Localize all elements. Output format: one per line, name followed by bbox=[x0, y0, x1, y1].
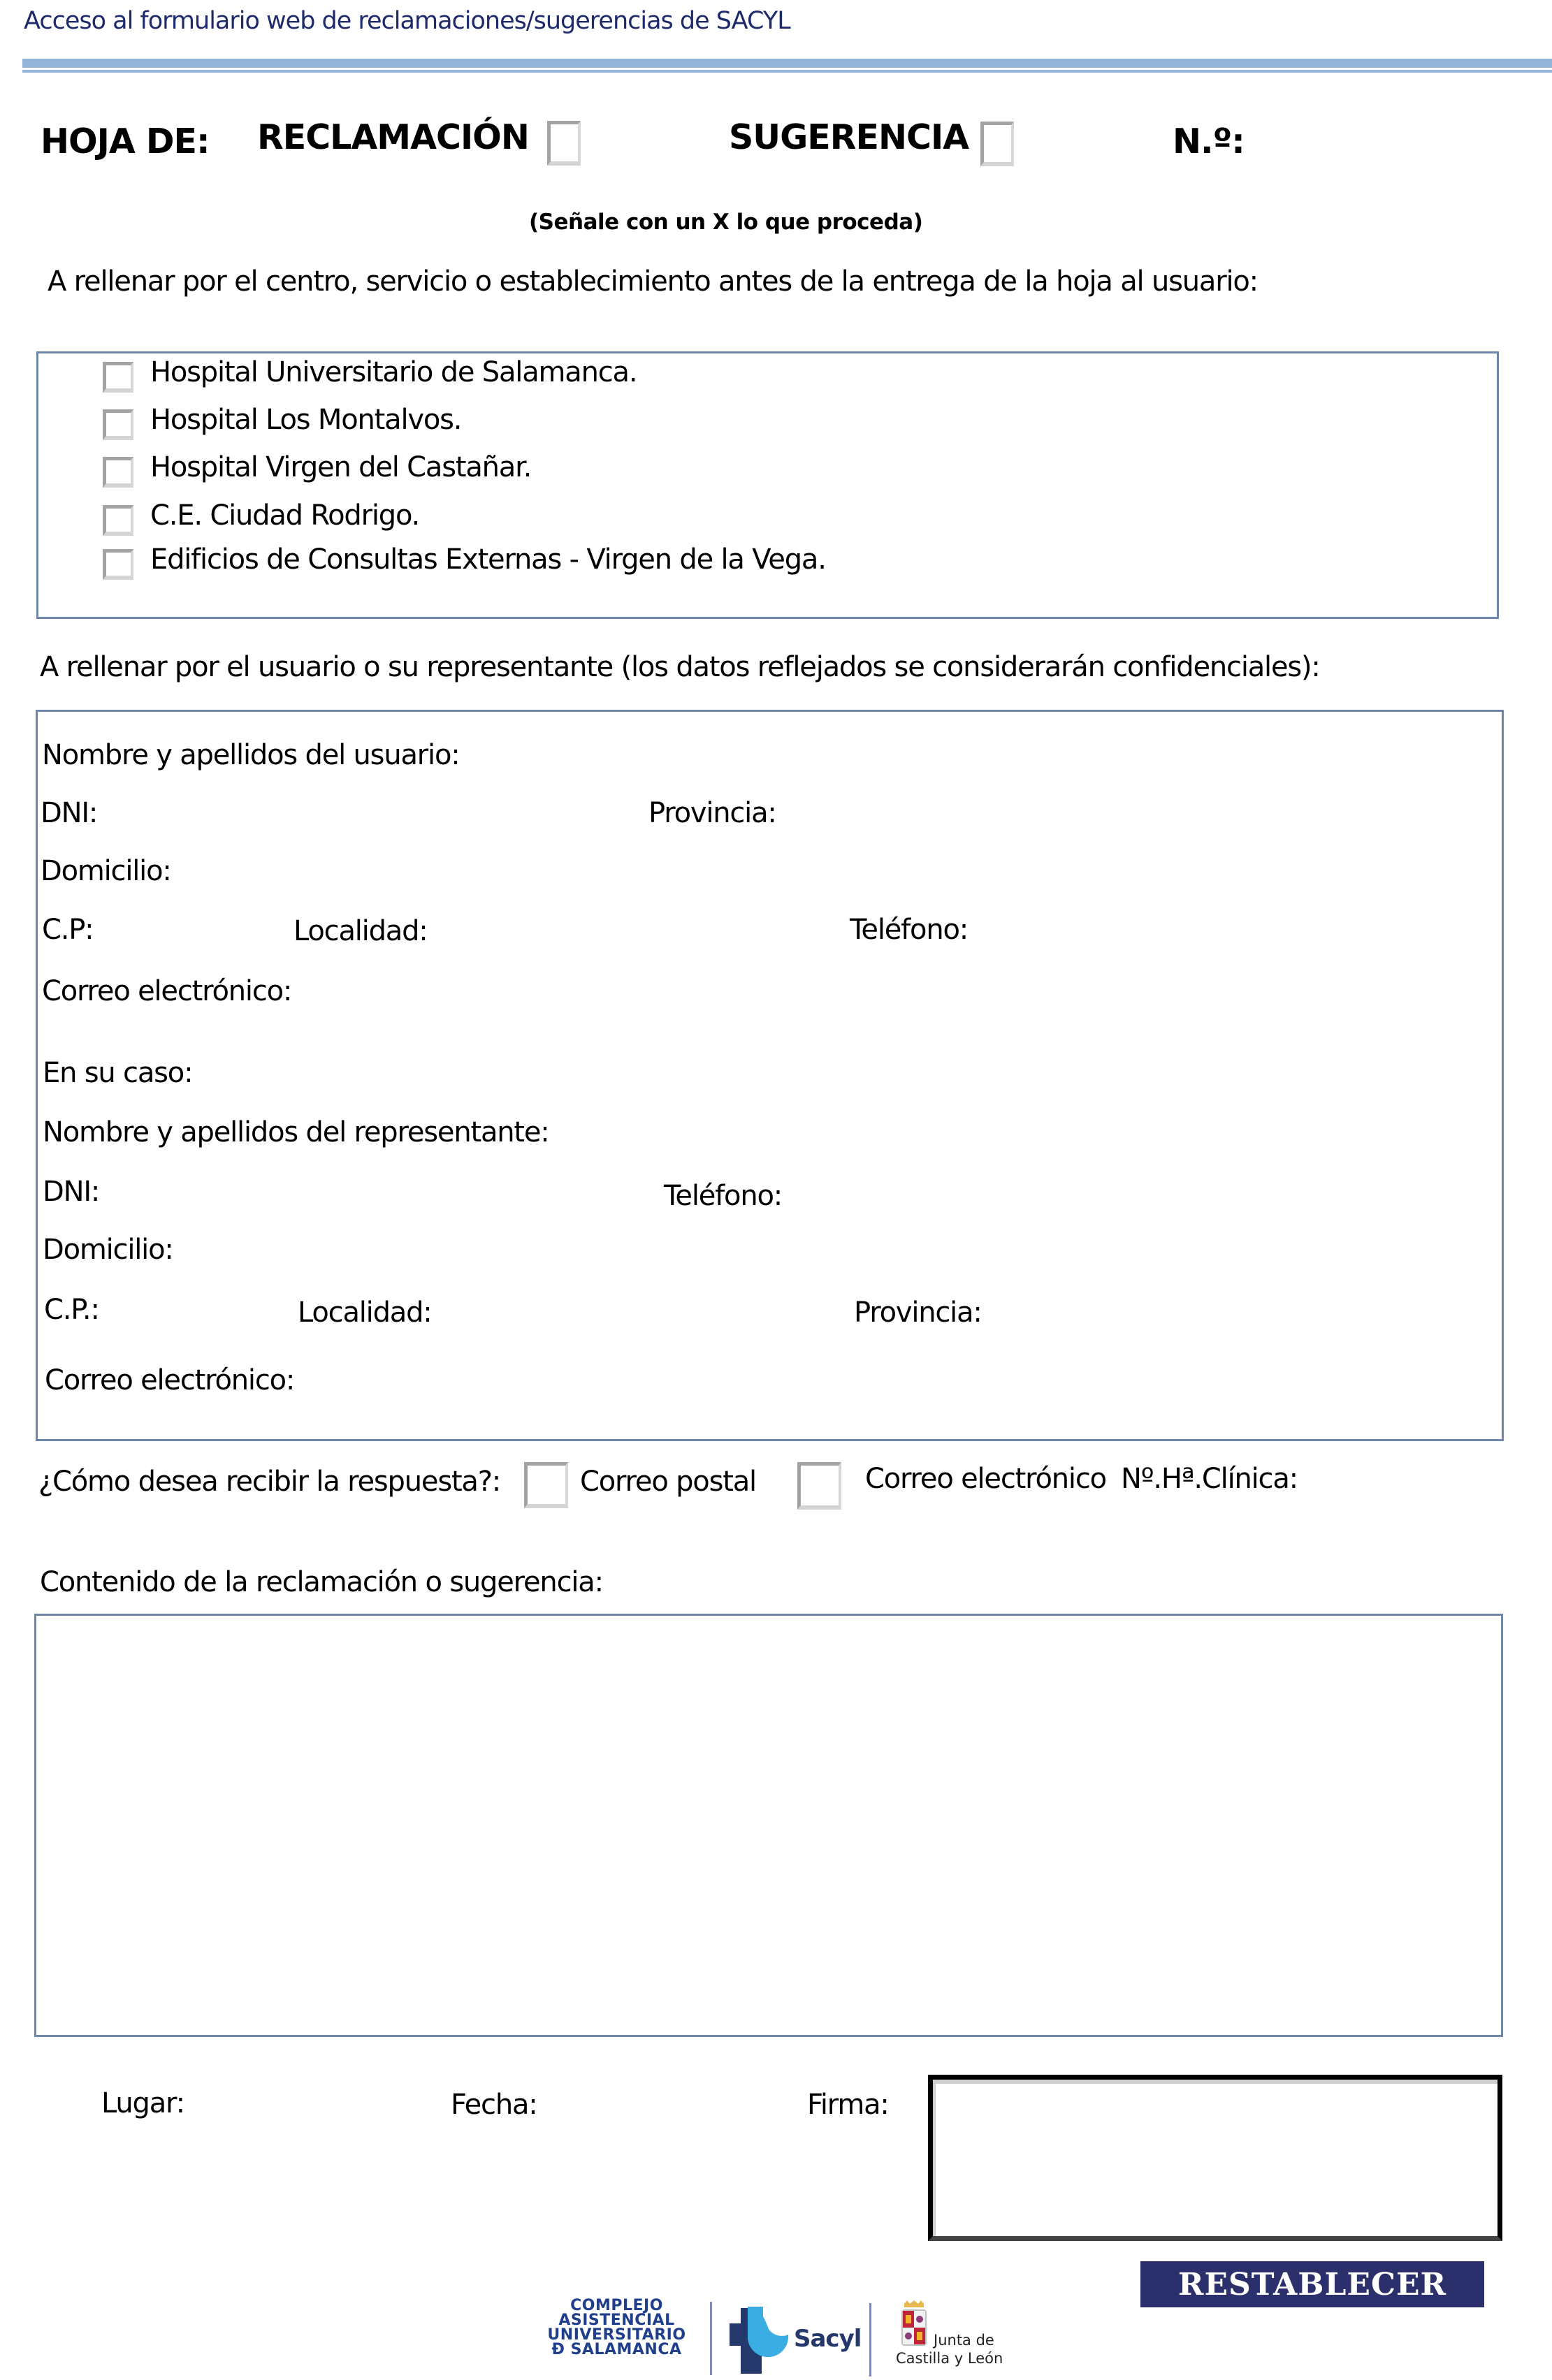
correo-electronico-label[interactable]: Correo electrónico bbox=[865, 1463, 1106, 1495]
rep-domicilio-label: Domicilio: bbox=[43, 1234, 173, 1266]
reclamacion-label: RECLAMACIÓN bbox=[257, 117, 529, 157]
logo-divider bbox=[710, 2302, 712, 2375]
complejo-logo-line: UNIVERSITARIO bbox=[538, 2328, 695, 2342]
user-domicilio-label: Domicilio: bbox=[41, 855, 171, 887]
content-textarea[interactable] bbox=[34, 1614, 1503, 2037]
junta-logo: Junta de Castilla y León bbox=[896, 2300, 1015, 2377]
rep-telefono-label: Teléfono: bbox=[664, 1180, 782, 1212]
sacyl-wordmark: Sacyl bbox=[794, 2325, 861, 2353]
rep-localidad-label: Localidad: bbox=[298, 1297, 432, 1329]
page-title: Acceso al formulario web de reclamacione… bbox=[24, 7, 790, 35]
rep-cp-label: C.P.: bbox=[44, 1294, 99, 1326]
complejo-logo-line: ASISTENCIAL bbox=[538, 2313, 695, 2328]
centre-option-checkbox[interactable] bbox=[103, 362, 133, 393]
complejo-logo-line: Đ SALAMANCA bbox=[538, 2342, 695, 2357]
complejo-asistencial-logo: COMPLEJOASISTENCIALUNIVERSITARIOĐ SALAMA… bbox=[538, 2298, 695, 2357]
historia-clinica-label: Nº.Hª.Clínica: bbox=[1121, 1463, 1298, 1495]
correo-postal-checkbox[interactable] bbox=[524, 1462, 568, 1508]
rep-nombre-label: Nombre y apellidos del representante: bbox=[43, 1116, 549, 1148]
user-cp-label: C.P: bbox=[42, 914, 93, 946]
junta-line1: Junta de bbox=[934, 2332, 994, 2349]
rep-correo-label: Correo electrónico: bbox=[45, 1364, 294, 1396]
complejo-logo-line: COMPLEJO bbox=[538, 2298, 695, 2313]
centre-option-label[interactable]: Hospital Universitario de Salamanca. bbox=[150, 356, 637, 388]
content-label: Contenido de la reclamación o sugerencia… bbox=[40, 1566, 603, 1598]
centre-option-checkbox[interactable] bbox=[103, 409, 133, 440]
centre-options-box: Hospital Universitario de Salamanca.Hosp… bbox=[36, 351, 1499, 619]
centre-option-label[interactable]: Hospital Los Montalvos. bbox=[150, 404, 461, 436]
centre-option-checkbox[interactable] bbox=[103, 505, 133, 536]
user-dni-label: DNI: bbox=[41, 797, 97, 829]
centre-option-checkbox[interactable] bbox=[103, 549, 133, 580]
centre-option-checkbox[interactable] bbox=[103, 457, 133, 488]
user-provincia-label: Provincia: bbox=[648, 797, 776, 829]
sugerencia-checkbox[interactable] bbox=[980, 122, 1014, 166]
junta-line2: Castilla y León bbox=[896, 2350, 1003, 2367]
header-bar bbox=[22, 59, 1552, 68]
firma-label: Firma: bbox=[807, 2089, 889, 2121]
instruction-note: (Señale con un X lo que proceda) bbox=[529, 210, 922, 235]
coat-of-arms-icon bbox=[899, 2300, 929, 2349]
hoja-de-label: HOJA DE: bbox=[41, 122, 210, 161]
correo-postal-label[interactable]: Correo postal bbox=[580, 1466, 756, 1498]
centre-option-label[interactable]: Hospital Virgen del Castañar. bbox=[150, 451, 531, 483]
rep-provincia-label: Provincia: bbox=[854, 1297, 982, 1329]
numero-label: N.º: bbox=[1173, 122, 1245, 161]
user-nombre-label: Nombre y apellidos del usuario: bbox=[42, 739, 460, 771]
centre-intro: A rellenar por el centro, servicio o est… bbox=[48, 265, 1258, 298]
reset-button[interactable]: RESTABLECER bbox=[1140, 2261, 1484, 2307]
sacyl-logo: Sacyl bbox=[727, 2304, 866, 2374]
logo-divider bbox=[869, 2303, 871, 2377]
correo-electronico-checkbox[interactable] bbox=[797, 1462, 841, 1510]
user-correo-label: Correo electrónico: bbox=[42, 975, 291, 1007]
centre-option-label[interactable]: C.E. Ciudad Rodrigo. bbox=[150, 499, 419, 532]
sugerencia-label: SUGERENCIA bbox=[729, 117, 969, 157]
centre-option-label[interactable]: Edificios de Consultas Externas - Virgen… bbox=[150, 543, 826, 576]
user-intro: A rellenar por el usuario o su represent… bbox=[40, 651, 1320, 683]
fecha-label: Fecha: bbox=[451, 2089, 537, 2121]
header-bar-line bbox=[22, 70, 1552, 73]
signature-box[interactable] bbox=[928, 2075, 1502, 2241]
response-question: ¿Cómo desea recibir la respuesta?: bbox=[38, 1466, 500, 1498]
user-telefono-label: Teléfono: bbox=[850, 914, 968, 946]
en-su-caso-label: En su caso: bbox=[43, 1057, 192, 1089]
lugar-label: Lugar: bbox=[101, 2087, 184, 2119]
user-localidad-label: Localidad: bbox=[293, 915, 428, 947]
rep-dni-label: DNI: bbox=[43, 1176, 99, 1208]
reclamacion-checkbox[interactable] bbox=[547, 121, 581, 166]
